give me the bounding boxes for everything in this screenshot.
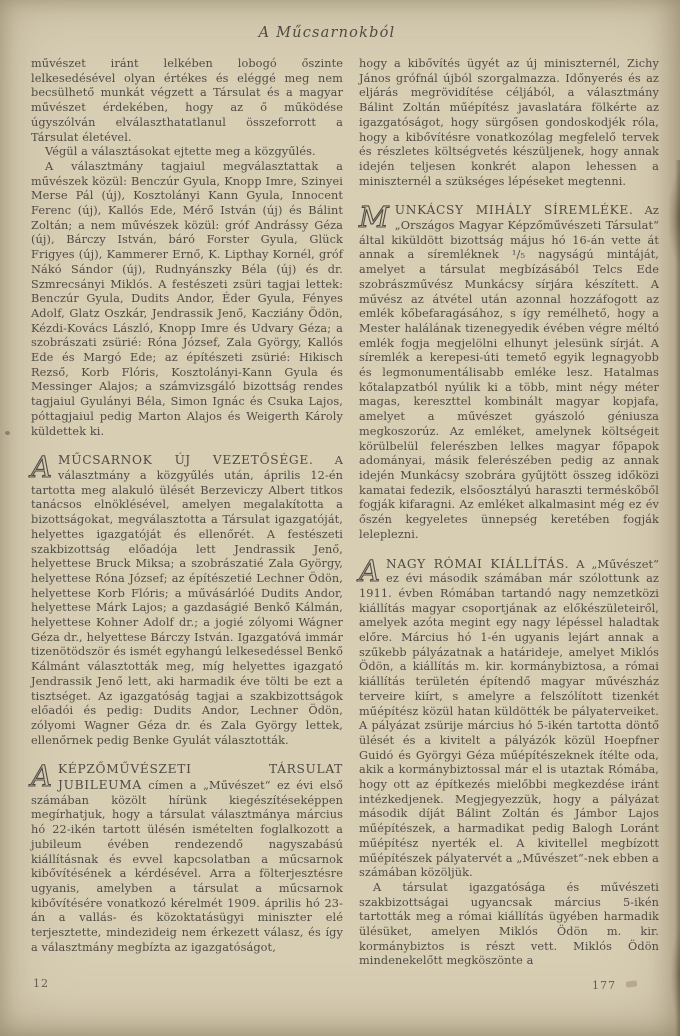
- page-number-right: 177: [592, 979, 616, 992]
- paragraph: művészet iránt lelkében lobogó őszinte l…: [31, 57, 343, 145]
- section-mucsarnok-uj-vezetosege: A MŰCSARNOK ÚJ VEZETŐSÉGE. A választmány…: [31, 453, 343, 748]
- section-text: A választmány a közgyűlés után, április …: [31, 454, 343, 746]
- page-number-left: 12: [33, 977, 49, 990]
- scan-mark: [626, 980, 638, 987]
- dropcap-letter: A: [31, 764, 52, 789]
- paragraph: A választmány tagjaiul megválasztattak a…: [31, 160, 343, 439]
- text-columns: művészet iránt lelkében lobogó őszinte l…: [31, 57, 659, 969]
- dropcap-letter: M: [359, 205, 389, 230]
- section-text: Az „Országos Magyar Képzőművészeti Társu…: [359, 204, 659, 540]
- paragraph: hogy a kibővítés ügyét az új miniszterné…: [359, 57, 659, 189]
- scan-edge-shadow: [675, 160, 680, 1036]
- paragraph-text: A társulat igazgatósága és művészeti sza…: [359, 881, 659, 968]
- scan-smudge: [670, 930, 680, 1020]
- scan-speck: [5, 431, 10, 435]
- paragraph: Végül a választásokat ejtette meg a közg…: [31, 145, 343, 160]
- paragraph-text: Végül a választásokat ejtette meg a közg…: [45, 145, 316, 158]
- section-tarsulat-jubileuma: A KÉPZŐMŰVÉSZETI TÁRSULAT JUBILEUMA címe…: [31, 762, 343, 955]
- running-head: A Műcsarnokból: [0, 25, 654, 41]
- section-text: A „Művészet“ ez évi második számában már…: [359, 558, 659, 880]
- dropcap-letter: A: [359, 559, 380, 584]
- paragraph-text: A választmány tagjaiul megválasztattak a…: [31, 160, 343, 438]
- right-column: hogy a kibővítés ügyét az új miniszterné…: [359, 57, 659, 969]
- left-column: művészet iránt lelkében lobogó őszinte l…: [31, 57, 343, 969]
- paragraph: A társulat igazgatósága és művészeti sza…: [359, 881, 659, 969]
- section-munkacsy-siremleke: M UNKÁCSY MIHÁLY SÍREMLÉKE. Az „Országos…: [359, 203, 659, 542]
- section-text: címen a „Művészet“ ez évi első számában …: [31, 779, 343, 954]
- paragraph-text: hogy a kibővítés ügyét az új miniszterné…: [359, 57, 659, 188]
- scanned-journal-page: A Műcsarnokból művészet iránt lelkében l…: [0, 0, 680, 1036]
- section-nagy-romai-kiallitas: A NAGY RÓMAI KIÁLLÍTÁS. A „Művészet“ ez …: [359, 557, 659, 881]
- dropcap-letter: A: [31, 455, 52, 480]
- section-heading: MŰCSARNOK ÚJ VEZETŐSÉGE.: [58, 453, 313, 467]
- paragraph-text: művészet iránt lelkében lobogó őszinte l…: [31, 57, 343, 144]
- scan-smudge: [668, 170, 680, 265]
- section-heading: NAGY RÓMAI KIÁLLÍTÁS.: [386, 557, 569, 571]
- section-heading: UNKÁCSY MIHÁLY SÍREMLÉKE.: [395, 203, 634, 217]
